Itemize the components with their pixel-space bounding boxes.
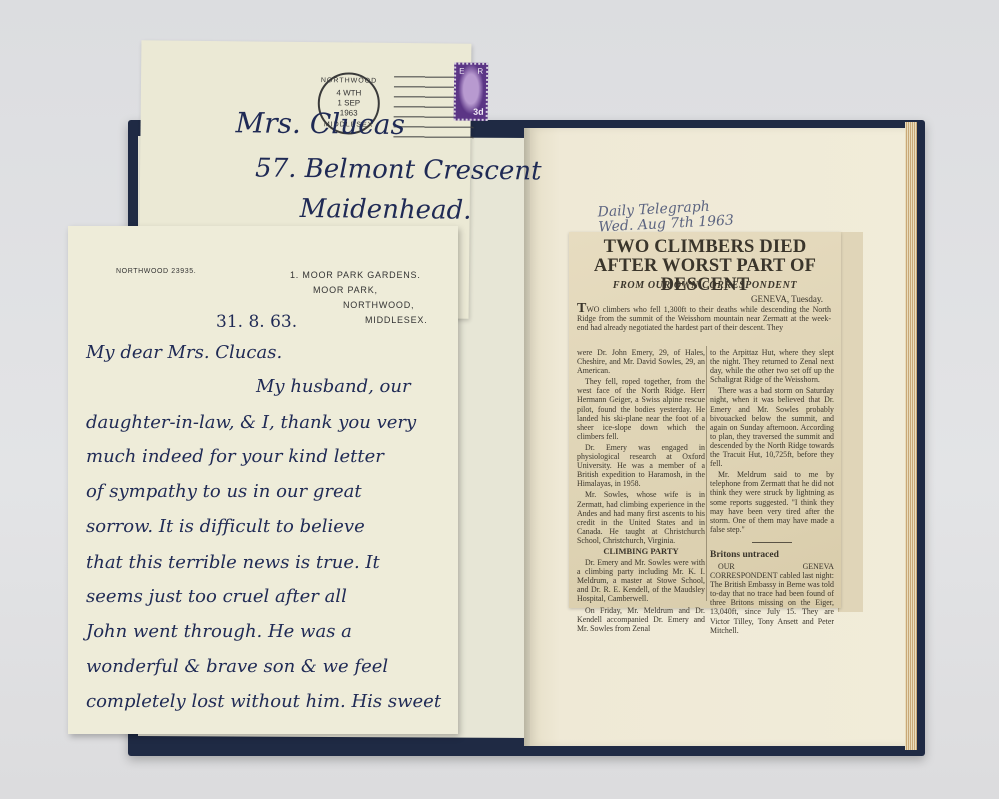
letterhead-phone: NORTHWOOD 23935. xyxy=(116,268,196,275)
letter-line: John went through. He was a xyxy=(86,621,352,642)
paragraph: Dr. Emery and Mr. Sowles were with a cli… xyxy=(577,558,705,603)
stamp-letter-e: E xyxy=(459,67,464,76)
letter-line: completely lost without him. His sweet xyxy=(86,691,441,712)
letter-line: seems just too cruel after all xyxy=(86,586,347,607)
envelope-addressee: Mrs. Clucas xyxy=(235,106,405,141)
section-divider xyxy=(752,542,792,543)
letterhead-address-2: Moor Park, xyxy=(313,285,378,295)
clipping-column-1: were Dr. John Emery, 29, of Hales, Chesh… xyxy=(577,348,705,635)
page-edge xyxy=(905,122,917,750)
envelope-street: 57. Belmont Crescent xyxy=(255,153,542,186)
clipping-lead: TWO climbers who fell 1,300ft to their d… xyxy=(577,304,831,332)
stamp-value: 3d xyxy=(473,107,484,117)
postage-stamp: E R 3d xyxy=(454,63,489,121)
paragraph: were Dr. John Emery, 29, of Hales, Chesh… xyxy=(577,348,705,375)
adjacent-clipping-strip xyxy=(838,232,863,612)
clipping-dateline: GENEVA, Tuesday. xyxy=(751,294,823,304)
letter-line: of sympathy to us in our great xyxy=(86,481,362,502)
letter-line: that this terrible news is true. It xyxy=(86,552,380,573)
lead-text: WO climbers who fell 1,300ft to their de… xyxy=(577,305,831,332)
subhead-climbing-party: CLIMBING PARTY xyxy=(577,547,705,556)
letterhead-address-1: 1. Moor Park Gardens. xyxy=(290,270,421,280)
envelope-town: Maidenhead. xyxy=(300,194,472,226)
postmark-time: 4 WTH xyxy=(320,88,378,99)
paragraph: There was a bad storm on Saturday night,… xyxy=(710,386,834,468)
letter-line: much indeed for your kind letter xyxy=(86,446,384,467)
paragraph: OUR GENEVA CORRESPONDENT cabled last nig… xyxy=(710,562,834,635)
clipping-byline: FROM OUR OWN CORRESPONDENT xyxy=(579,280,831,291)
letter-line: daughter-in-law, & I, thank you very xyxy=(86,412,416,433)
letterhead-address-3: Northwood, xyxy=(343,300,414,310)
paragraph: They fell, roped together, from the west… xyxy=(577,377,705,441)
subhead-britons-untraced: Britons untraced xyxy=(710,551,834,560)
paragraph: Mr. Sowles, whose wife is in Zermatt, ha… xyxy=(577,490,705,545)
column-rule xyxy=(706,346,707,601)
paragraph: Mr. Meldrum said to me by telephone from… xyxy=(710,470,834,534)
letter: NORTHWOOD 23935. 1. Moor Park Gardens. M… xyxy=(68,226,458,734)
letterhead-address-4: Middlesex. xyxy=(365,315,428,325)
newspaper-clipping: TWO CLIMBERS DIED AFTER WORST PART OF DE… xyxy=(569,232,841,608)
postmark-town: NORTHWOOD xyxy=(320,76,378,87)
letter-line: sorrow. It is difficult to believe xyxy=(86,516,365,537)
stamp-letter-r: R xyxy=(477,67,483,76)
letter-line: wonderful & brave son & we feel xyxy=(86,656,388,677)
paragraph: to the Arpittaz Hut, where they slept th… xyxy=(710,348,834,384)
letter-line: My husband, our xyxy=(256,376,411,397)
letter-date: 31. 8. 63. xyxy=(216,312,297,332)
clipping-column-2: to the Arpittaz Hut, where they slept th… xyxy=(710,348,834,637)
letter-salutation: My dear Mrs. Clucas. xyxy=(86,342,282,363)
paragraph: On Friday, Mr. Meldrum and Dr. Kendell a… xyxy=(577,606,705,633)
paragraph: Dr. Emery was engaged in physiological r… xyxy=(577,443,705,488)
